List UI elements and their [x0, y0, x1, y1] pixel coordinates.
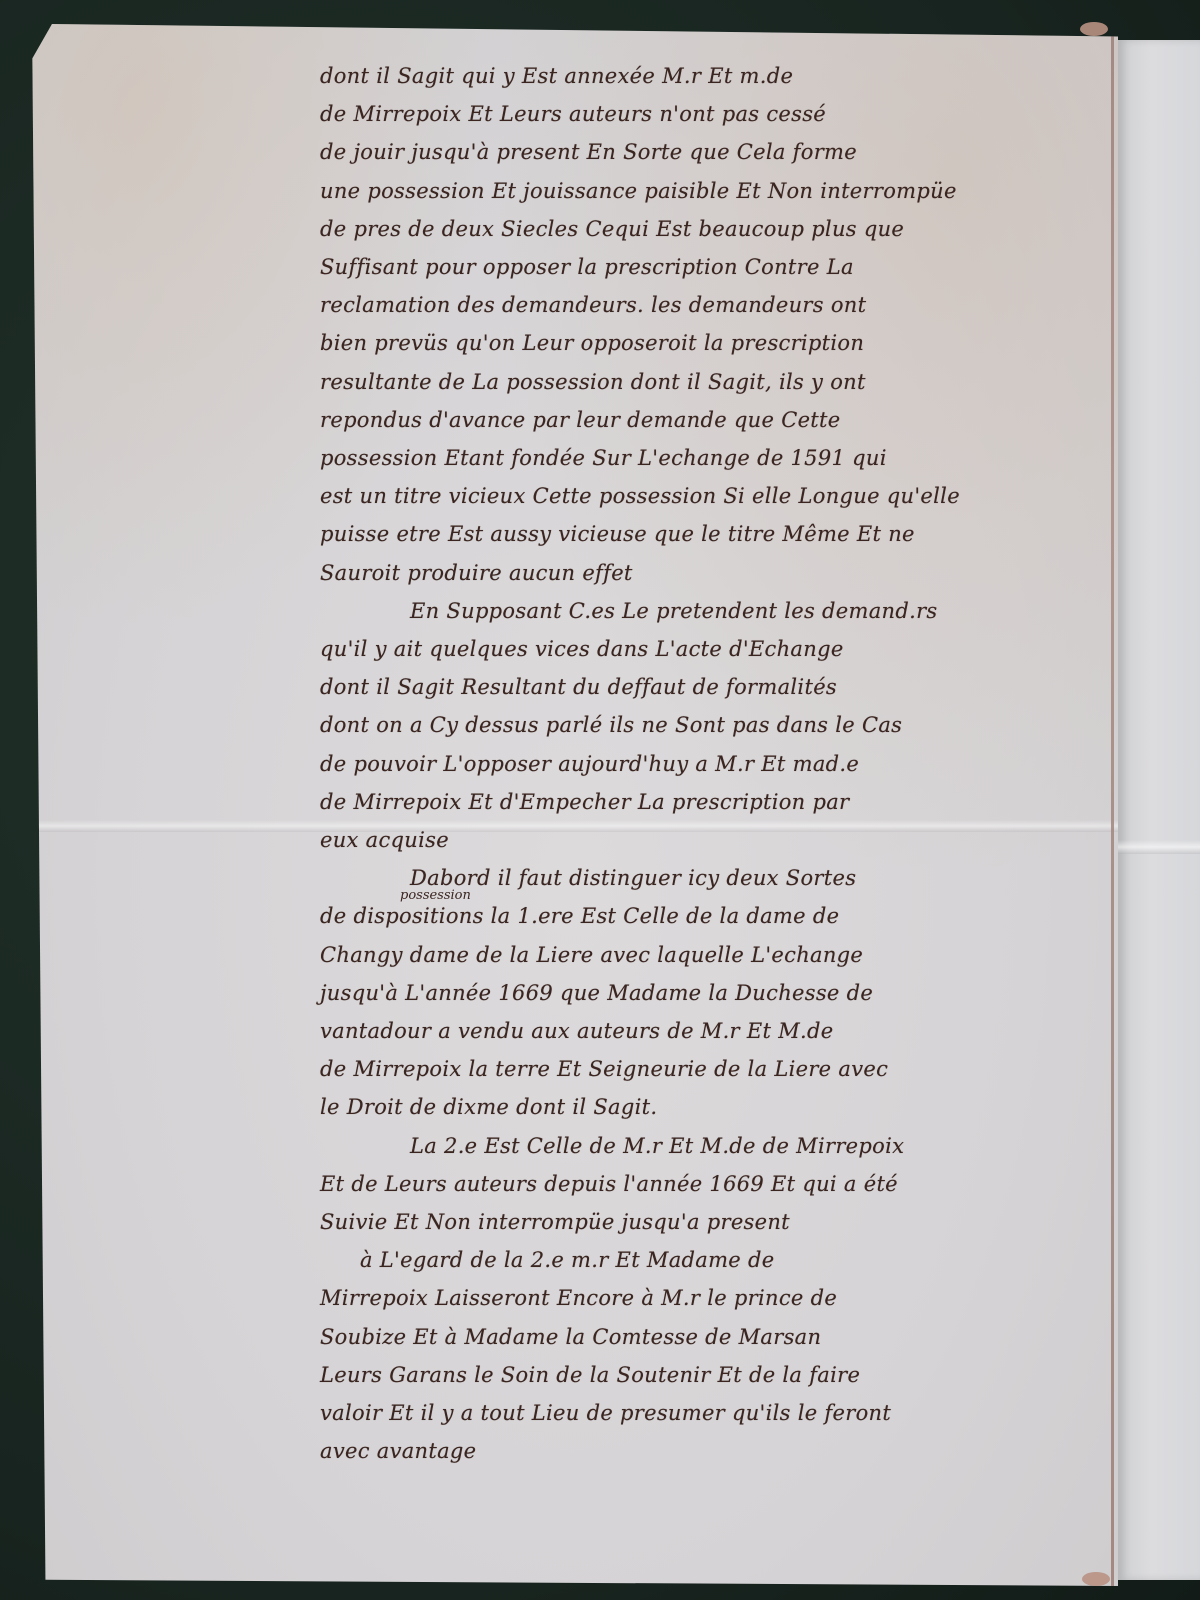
text-line: repondus d'avance par leur demande que C…: [320, 408, 841, 432]
text-line: Mirrepoix Laisseront Encore à M.r le pri…: [320, 1286, 837, 1310]
text-line: Soubize Et à Madame la Comtesse de Marsa…: [320, 1325, 821, 1349]
text-line: eux acquise: [320, 828, 449, 852]
binding-thread-top: [1080, 22, 1108, 36]
second-leaf: [1118, 40, 1200, 1580]
binding-thread-bottom: [1082, 1572, 1110, 1586]
text-line: jusqu'à L'année 1669 que Madame la Duche…: [320, 981, 873, 1005]
text-line: Sauroit produire aucun effet: [320, 561, 633, 585]
paragraph-start-line: à L'egard de la 2.e m.r Et Madame de: [360, 1248, 774, 1272]
text-line: une possession Et jouissance paisible Et…: [320, 179, 957, 203]
text-line: puisse etre Est aussy vicieuse que le ti…: [320, 522, 915, 546]
text-line: reclamation des demandeurs. les demandeu…: [320, 293, 866, 317]
text-line: vantadour a vendu aux auteurs de M.r Et …: [320, 1019, 833, 1043]
text-line: de Mirrepoix la terre Et Seigneurie de l…: [320, 1057, 888, 1081]
text-line: dont on a Cy dessus parlé ils ne Sont pa…: [320, 713, 902, 737]
text-line: de dispositions la 1.ere Est Celle de la…: [320, 904, 839, 928]
text-line: possession Etant fondée Sur L'echange de…: [320, 446, 887, 470]
text-line: Et de Leurs auteurs depuis l'année 1669 …: [320, 1172, 898, 1196]
text-line: est un titre vicieux Cette possession Si…: [320, 484, 960, 508]
binding-edge: [1111, 24, 1114, 1586]
text-line: de Mirrepoix Et d'Empecher La prescripti…: [320, 790, 849, 814]
text-line: bien prevüs qu'on Leur opposeroit la pre…: [320, 331, 864, 355]
text-line: resultante de La possession dont il Sagi…: [320, 370, 866, 394]
text-line: le Droit de dixme dont il Sagit.: [320, 1095, 657, 1119]
text-line: Suivie Et Non interrompüe jusqu'a presen…: [320, 1210, 790, 1234]
text-line: de Mirrepoix Et Leurs auteurs n'ont pas …: [320, 102, 826, 126]
text-line: avec avantage: [320, 1439, 476, 1463]
text-line: de pres de deux Siecles Cequi Est beauco…: [320, 217, 904, 241]
text-line: de jouir jusqu'à present En Sorte que Ce…: [320, 140, 857, 164]
interlinear-insertion: possession: [400, 888, 471, 903]
text-line: Changy dame de la Liere avec laquelle L'…: [320, 943, 863, 967]
text-line: de pouvoir L'opposer aujourd'huy a M.r E…: [320, 752, 859, 776]
text-line: Suffisant pour opposer la prescription C…: [320, 255, 854, 279]
text-line: qu'il y ait quelques vices dans L'acte d…: [320, 637, 844, 661]
paragraph-start-line: Dabord il faut distinguer icy deux Sorte…: [410, 866, 856, 890]
horizontal-fold-crease: [28, 820, 1118, 832]
text-line: Leurs Garans le Soin de la Soutenir Et d…: [320, 1363, 860, 1387]
paragraph-start-line: En Supposant C.es Le pretendent les dema…: [410, 599, 938, 623]
text-line: dont il Sagit Resultant du deffaut de fo…: [320, 675, 837, 699]
text-line: valoir Et il y a tout Lieu de presumer q…: [320, 1401, 891, 1425]
text-line: dont il Sagit qui y Est annexée M.r Et m…: [320, 64, 793, 88]
paragraph-start-line: La 2.e Est Celle de M.r Et M.de de Mirre…: [410, 1134, 904, 1158]
